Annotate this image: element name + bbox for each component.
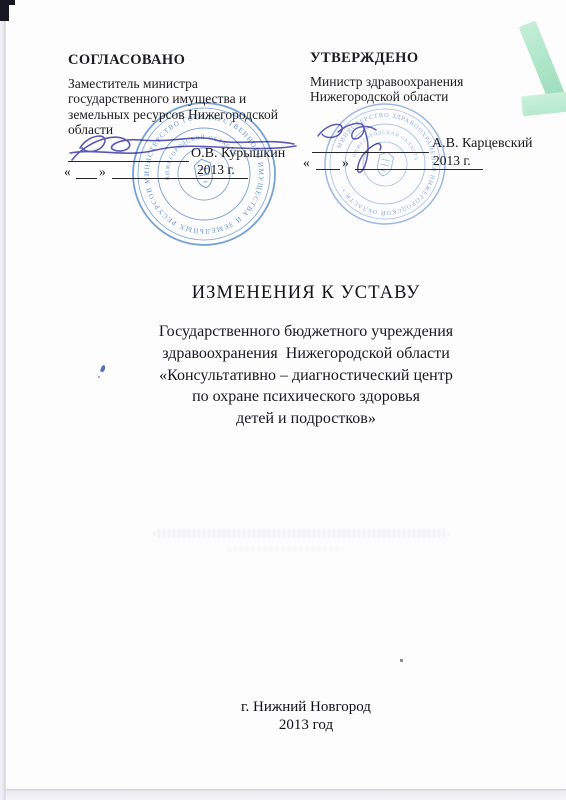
year-label-right: 2013 г. xyxy=(433,153,471,169)
approval-org-line: Министр здравоохранения xyxy=(310,74,556,89)
scanned-document-page: СОГЛАСОВАНО Заместитель министра государ… xyxy=(0,0,566,800)
signatory-name-left: О.В. Курышкин xyxy=(191,146,285,162)
signature-line xyxy=(68,146,189,162)
agreement-org-line: Заместитель министра xyxy=(68,76,318,91)
date-day-line xyxy=(316,155,340,170)
agreement-heading: СОГЛАСОВАНО xyxy=(68,52,318,69)
bleedthrough-smudge xyxy=(228,546,343,552)
signatory-name-right: А.В. Карцевский xyxy=(432,136,533,152)
signature-line xyxy=(312,137,429,153)
scan-corner-artifact xyxy=(0,0,9,21)
footer-year: 2013 год xyxy=(58,716,554,734)
footer-city: г. Нижний Новгород xyxy=(58,698,554,716)
org-name-line: Государственного бюджетного учреждения xyxy=(58,321,554,343)
organization-name-block: Государственного бюджетного учреждения з… xyxy=(58,321,554,430)
ink-speck xyxy=(98,376,100,378)
paper-edge-left xyxy=(0,0,6,800)
org-name-line: детей и подростков» xyxy=(58,408,554,430)
date-quote-open: « xyxy=(303,155,310,171)
org-name-line: «Консультативно – диагностический центр xyxy=(58,365,554,387)
paper-edge-bottom xyxy=(6,789,566,800)
scan-speck xyxy=(400,659,403,662)
date-quote-close: » xyxy=(99,164,106,180)
approval-heading: УТВЕРЖДЕНО xyxy=(310,50,556,67)
org-name-line: здравоохранения Нижегородской области xyxy=(58,343,554,365)
date-quote-close: » xyxy=(342,155,349,171)
document-title: ИЗМЕНЕНИЯ К УСТАВУ xyxy=(58,283,554,304)
bleedthrough-smudge xyxy=(153,529,449,538)
org-name-line: по охране психического здоровья xyxy=(58,386,554,408)
document-title-block: ИЗМЕНЕНИЯ К УСТАВУ xyxy=(58,283,554,304)
footer-block: г. Нижний Новгород 2013 год xyxy=(58,698,554,734)
date-quote-open: « xyxy=(64,164,71,180)
year-label-left: 2013 г. xyxy=(197,162,235,178)
date-day-line xyxy=(76,164,97,179)
